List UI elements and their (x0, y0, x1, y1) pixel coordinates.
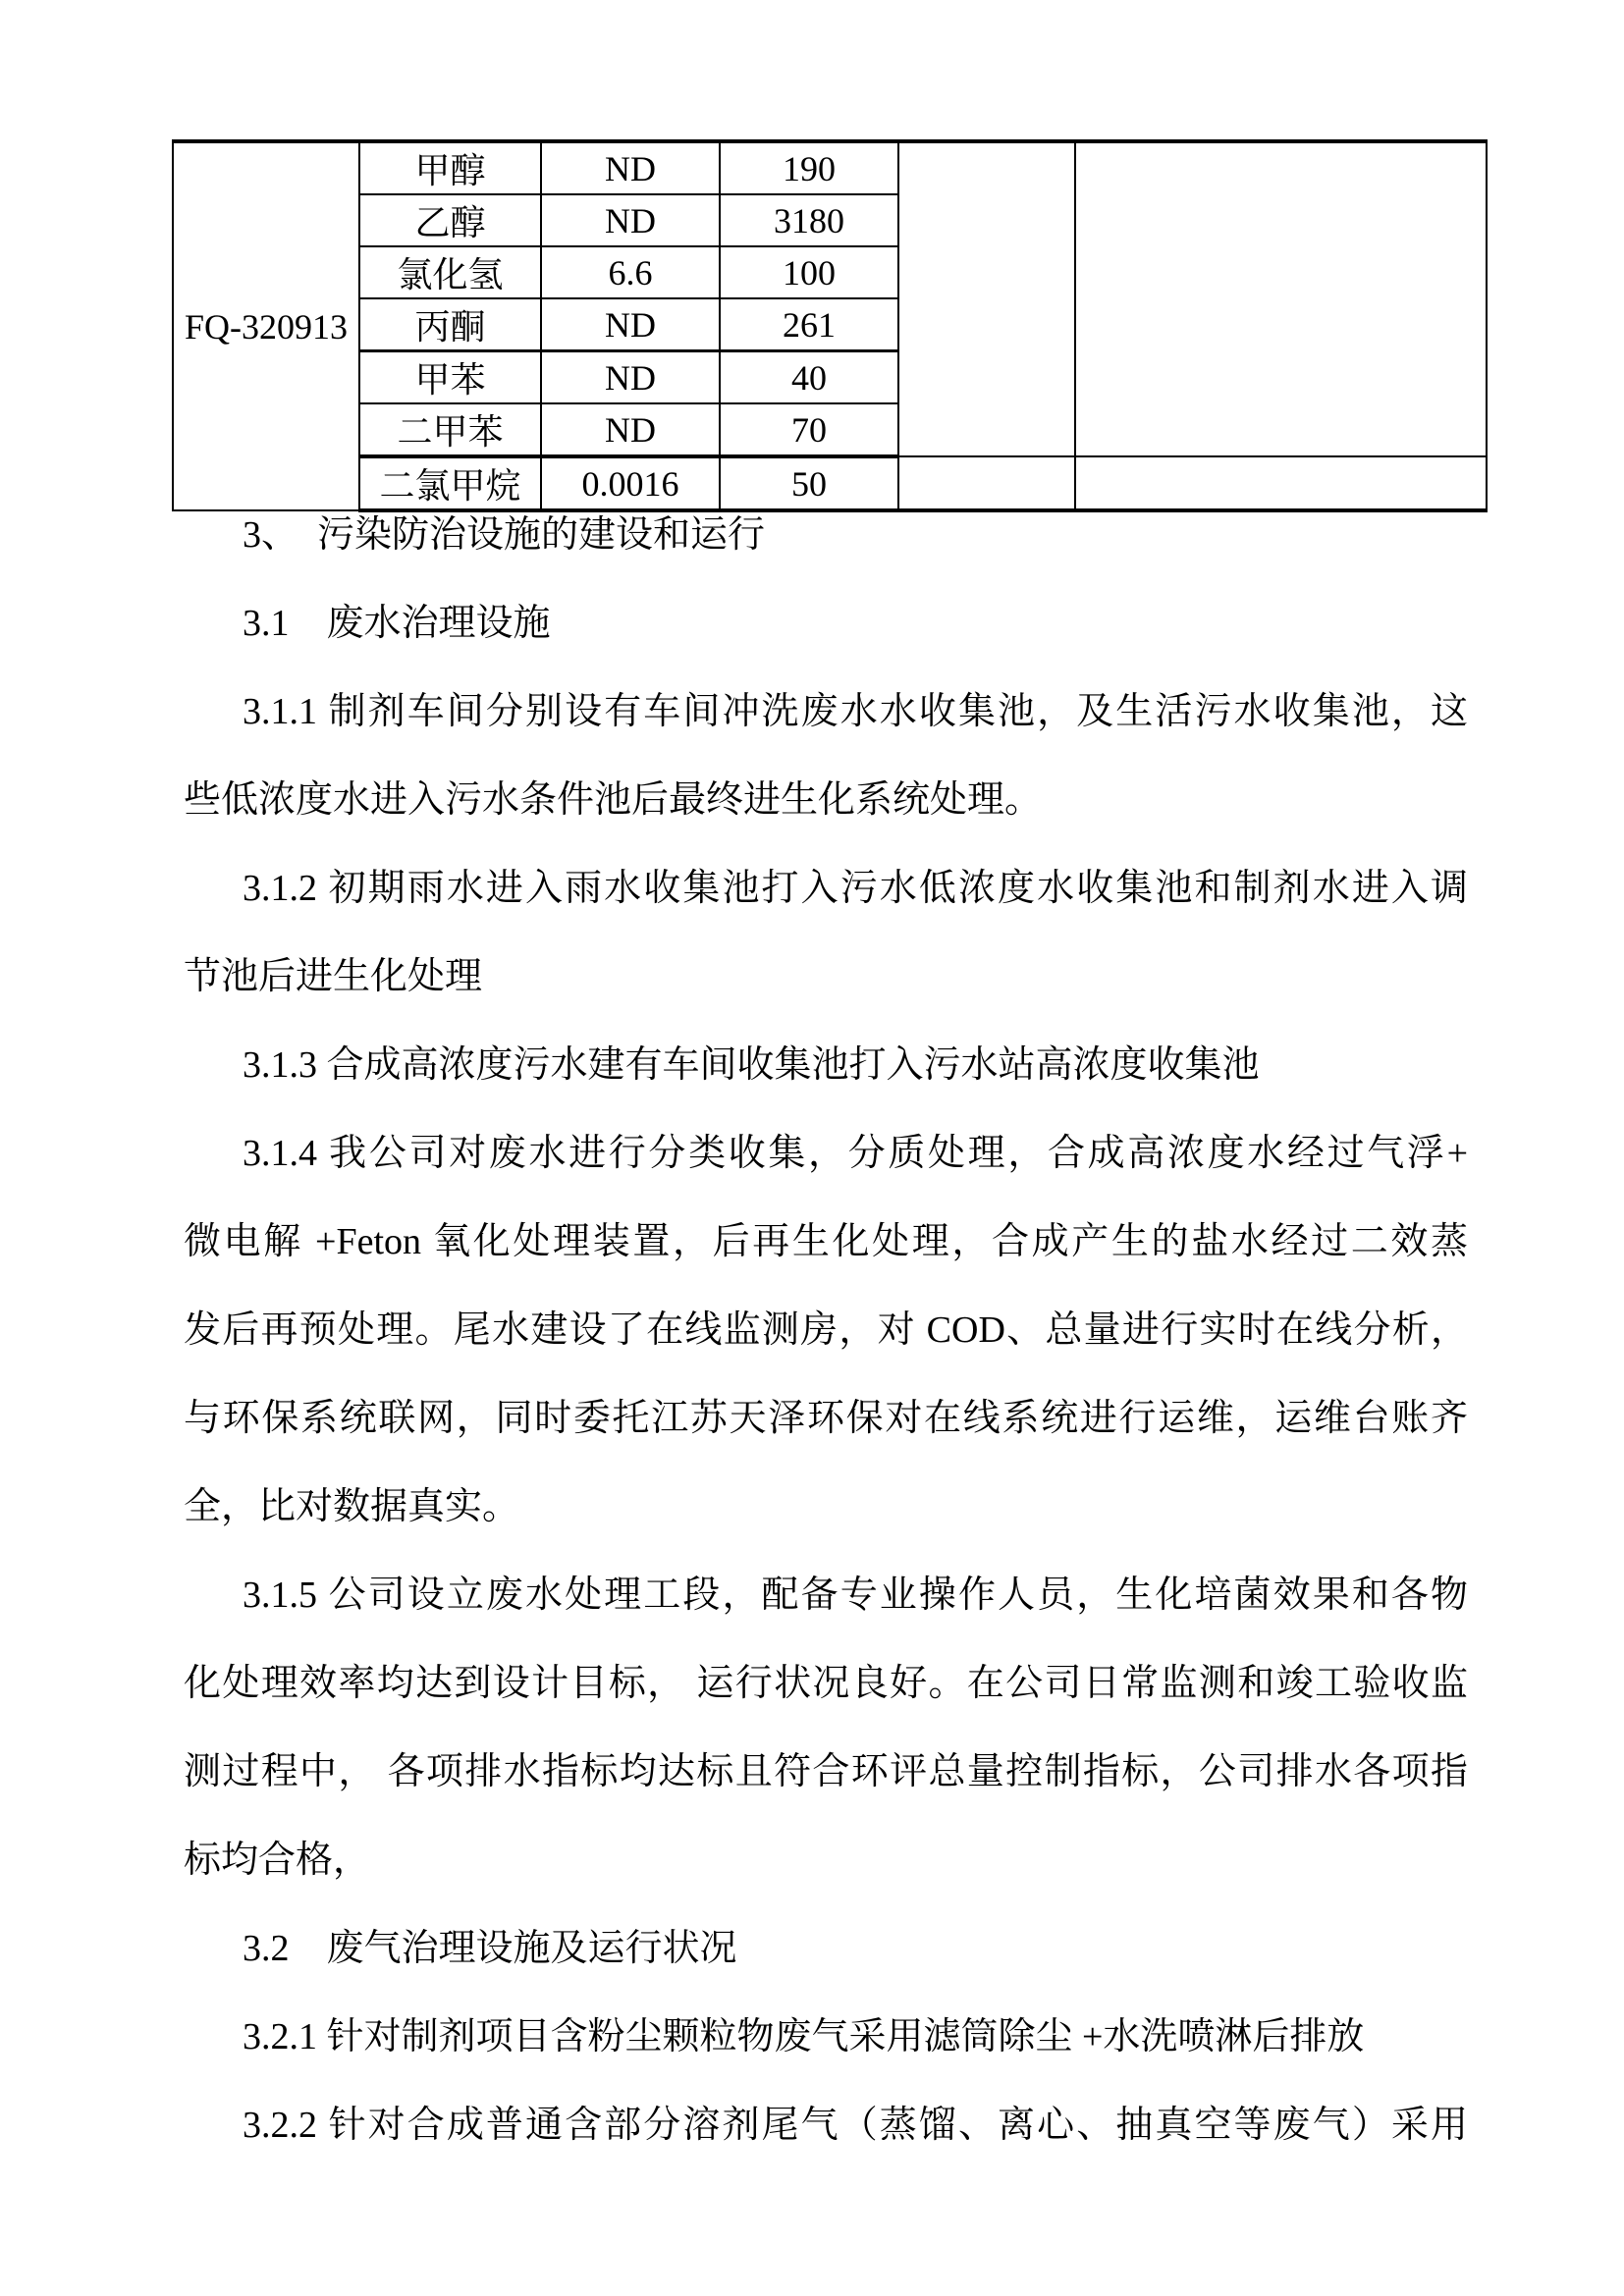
table-row: FQ-320913 甲醇 ND 190 (173, 141, 1487, 194)
paragraph-line: 3.1.2 初期雨水进入雨水收集池打入污水低浓度水收集池和制剂水进入调 (184, 844, 1468, 933)
cell-blank (898, 141, 1075, 456)
cell-limit: 40 (720, 351, 898, 404)
paragraph-line: 与环保系统联网，同时委托江苏天泽环保对在线系统进行运维，运维台账齐 (184, 1374, 1468, 1463)
cell-pollutant: 甲苯 (359, 351, 541, 404)
cell-limit: 261 (720, 298, 898, 351)
paragraph-line: 3.2.2 针对合成普通含部分溶剂尾气（蒸馏、离心、抽真空等废气）采用 (184, 2081, 1468, 2169)
paragraph-line: 发后再预处理。尾水建设了在线监测房，对 COD、总量进行实时在线分析， (184, 1286, 1468, 1374)
paragraph-line: 化处理效率均达到设计目标， 运行状况良好。在公司日常监测和竣工验收监 (184, 1639, 1468, 1728)
section-heading: 3.1 废水治理设施 (184, 579, 1468, 667)
cell-pollutant: 乙醇 (359, 194, 541, 246)
cell-sample-id: FQ-320913 (173, 141, 359, 510)
cell-value: ND (541, 351, 720, 404)
paragraph-line: 3.1.3 合成高浓度污水建有车间收集池打入污水站高浓度收集池 (184, 1021, 1468, 1109)
paragraph-line: 全，比对数据真实。 (184, 1463, 1468, 1551)
paragraph-line: 3.1.5 公司设立废水处理工段，配备专业操作人员，生化培菌效果和各物 (184, 1551, 1468, 1639)
section-heading: 3.2 废气治理设施及运行状况 (184, 1904, 1468, 1993)
paragraph-line: 微电解 +Feton 氧化处理装置，后再生化处理，合成产生的盐水经过二效蒸 (184, 1198, 1468, 1286)
document-page: FQ-320913 甲醇 ND 190 乙醇 ND 3180 氯化氢 6.6 1… (0, 0, 1624, 2296)
cell-limit: 100 (720, 246, 898, 298)
paragraph-line: 3.1.4 我公司对废水进行分类收集，分质处理，合成高浓度水经过气浮+ (184, 1109, 1468, 1198)
cell-limit: 3180 (720, 194, 898, 246)
cell-pollutant: 二甲苯 (359, 403, 541, 456)
paragraph-line: 些低浓度水进入污水条件池后最终进生化系统处理。 (184, 756, 1468, 844)
emissions-table: FQ-320913 甲醇 ND 190 乙醇 ND 3180 氯化氢 6.6 1… (172, 139, 1488, 512)
cell-value: ND (541, 194, 720, 246)
paragraph-line: 3.2.1 针对制剂项目含粉尘颗粒物废气采用滤筒除尘 +水洗喷淋后排放 (184, 1993, 1468, 2081)
cell-value: ND (541, 298, 720, 351)
cell-pollutant: 丙酮 (359, 298, 541, 351)
paragraph-line: 标均合格， (184, 1816, 1468, 1904)
cell-value: ND (541, 141, 720, 194)
body-text: 3、 污染防治设施的建设和运行 3.1 废水治理设施 3.1.1 制剂车间分别设… (184, 491, 1468, 2169)
cell-blank (1075, 141, 1487, 456)
paragraph-line: 3.1.1 制剂车间分别设有车间冲洗废水水收集池，及生活污水收集池，这 (184, 667, 1468, 756)
cell-limit: 70 (720, 403, 898, 456)
paragraph-line: 测过程中， 各项排水指标均达标且符合环评总量控制指标，公司排水各项指 (184, 1728, 1468, 1816)
cell-value: ND (541, 403, 720, 456)
paragraph-line: 节池后进生化处理 (184, 933, 1468, 1021)
cell-limit: 190 (720, 141, 898, 194)
section-heading: 3、 污染防治设施的建设和运行 (184, 491, 1468, 579)
cell-value: 6.6 (541, 246, 720, 298)
cell-pollutant: 甲醇 (359, 141, 541, 194)
cell-pollutant: 氯化氢 (359, 246, 541, 298)
